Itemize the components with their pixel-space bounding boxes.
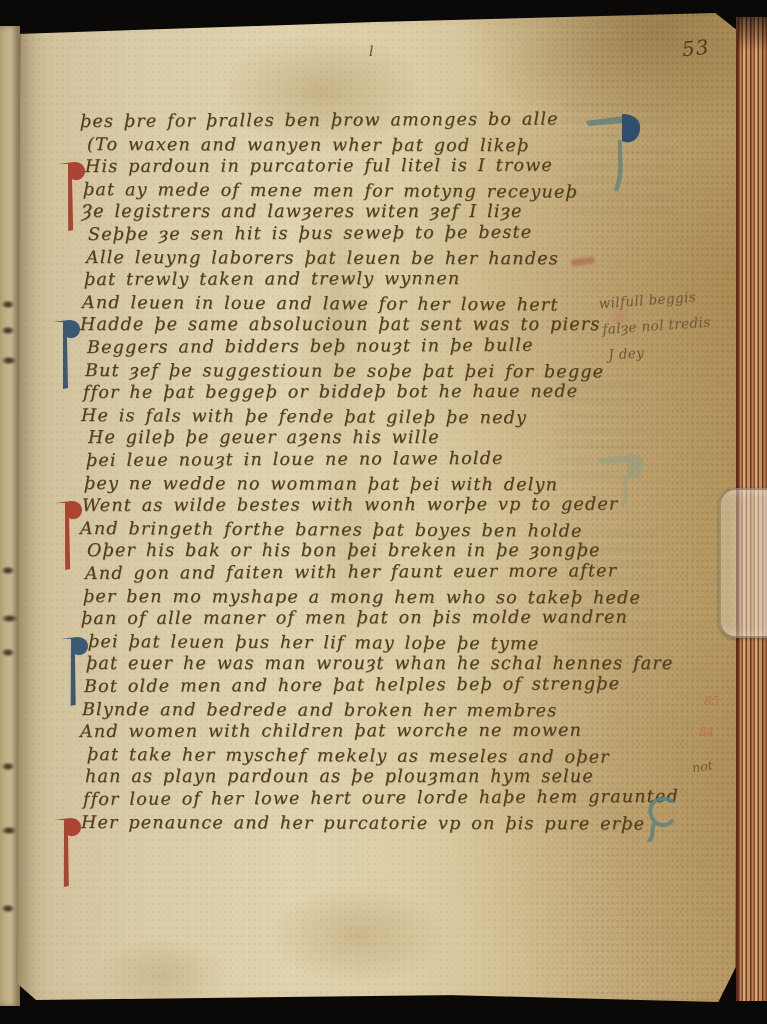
verse-line-text: þer ben mo myshape a mong hem who so tak… xyxy=(83,587,641,608)
verse-line: Beggers and bidders beþ nouȝt in þe bull… xyxy=(87,336,534,361)
verse-line-text: ffor loue of her lowe hert oure lorde ha… xyxy=(83,787,679,810)
verse-line-text: His pardoun in purcatorie ful litel is I… xyxy=(85,156,553,177)
verse-line: His pardoun in purcatorie ful litel is I… xyxy=(85,156,553,180)
verse-line: ffor he þat beggeþ or biddeþ bot he haue… xyxy=(83,382,578,406)
verse-line-text: And leuen in loue and lawe for her lowe … xyxy=(82,293,559,315)
verse-line-text: þei leue nouȝt in loue ne no lawe holde xyxy=(86,449,504,471)
verse-line-text: And bringeth forthe barnes þat boyes ben… xyxy=(80,519,583,542)
verse-line: þes þre for þralles ben þrow amonges bo … xyxy=(80,109,559,135)
verse-line-text: (To waxen and wanyen wher þat god likeþ xyxy=(87,135,529,156)
gutter-text-fragment xyxy=(1,614,18,623)
verse-line-text: Went as wilde bestes with wonh worþe vp … xyxy=(82,495,619,516)
verse-line-text: He gileþ þe geuer aȝens his wille xyxy=(88,428,440,448)
margin-word-not: not xyxy=(691,758,713,776)
verse-line: He gileþ þe geuer aȝens his wille xyxy=(88,428,440,451)
verse-line-text: And women with children þat worche ne mo… xyxy=(80,721,582,742)
verse-line: And women with children þat worche ne mo… xyxy=(80,721,582,745)
verse-line: Went as wilde bestes with wonh worþe vp … xyxy=(82,495,619,519)
gutter-text-fragment xyxy=(1,648,15,657)
verse-text-block: þes þre for þralles ben þrow amonges bo … xyxy=(80,112,680,872)
gutter-text-fragment xyxy=(1,566,15,575)
gutter-text-fragment xyxy=(1,826,17,835)
margin-line-number: 84 xyxy=(699,725,714,739)
verse-line: And gon and faiten with her faunt euer m… xyxy=(85,561,617,587)
verse-line: ffor loue of her lowe hert oure lorde ha… xyxy=(83,787,679,813)
verse-line-text: Seþþe ȝe sen hit is þus seweþ to þe best… xyxy=(88,223,532,245)
verse-line-text: þei þat leuen þus her lif may loþe þe ty… xyxy=(88,632,539,654)
margin-paraph-faded-icon xyxy=(596,450,646,508)
verse-line-text: þat trewly taken and trewly wynnen xyxy=(84,269,460,290)
margin-annotation-line: J dey xyxy=(608,345,645,363)
gutter-facing-page-edge xyxy=(0,26,20,1006)
verse-line-text: But ȝef þe suggestioun be soþe þat þei f… xyxy=(85,361,604,382)
parchment-page: l 53 þes þre for þralles ben þrow amonge… xyxy=(18,12,740,1005)
place-marker-tab xyxy=(719,488,767,638)
verse-line-text: þat euer he was man wrouȝt whan he schal… xyxy=(86,654,673,674)
gutter-text-fragment xyxy=(1,904,15,913)
verse-line-text: And gon and faiten with her faunt euer m… xyxy=(85,561,617,584)
verse-line-text: Blynde and bedrede and broken her membre… xyxy=(82,700,557,721)
gutter-text-fragment xyxy=(1,300,15,309)
verse-line-text: Oþer his bak or his bon þei breken in þe… xyxy=(87,541,601,561)
paraph-mark xyxy=(53,316,80,392)
margin-paraph-blue-icon xyxy=(584,110,642,196)
verse-line-text: þey ne wedde no womman þat þei with dely… xyxy=(84,474,558,495)
verse-line-text: Ȝe legistrers and lawȝeres witen ȝef I l… xyxy=(81,202,523,222)
verse-line-text: þes þre for þralles ben þrow amonges bo … xyxy=(80,109,559,132)
verse-line: þei þat leuen þus her lif may loþe þe ty… xyxy=(88,632,539,657)
verse-line-text: þat ay mede of mene men for motyng recey… xyxy=(83,180,578,203)
verse-line-text: þat take her myschef mekely as meseles a… xyxy=(87,745,610,768)
verse-line: þei leue nouȝt in loue ne no lawe holde xyxy=(86,449,504,474)
verse-line-text: ffor he þat beggeþ or biddeþ bot he haue… xyxy=(83,382,578,403)
verse-line: He is fals with þe fende þat gileþ þe ne… xyxy=(81,406,527,431)
manuscript-photo: l 53 þes þre for þralles ben þrow amonge… xyxy=(0,0,767,1024)
verse-line: Bot olde men and hore þat helples beþ of… xyxy=(84,674,620,700)
margin-line-number: 85 xyxy=(704,694,719,708)
verse-line-text: Bot olde men and hore þat helples beþ of… xyxy=(84,674,620,697)
gutter-text-fragment xyxy=(1,356,17,365)
verse-line-text: Hadde þe same absolucioun þat sent was t… xyxy=(80,315,601,335)
verse-line: Alle leuyng laborers þat leuen be her ha… xyxy=(86,248,559,272)
gutter-text-fragment xyxy=(1,326,15,335)
gutter-text-fragment xyxy=(1,762,15,771)
leaf-signature-mark: l xyxy=(369,44,373,60)
verse-line: þat trewly taken and trewly wynnen xyxy=(84,269,460,293)
verse-line-text: He is fals with þe fende þat gileþ þe ne… xyxy=(81,406,527,428)
paraph-mark xyxy=(55,497,82,573)
verse-line-text: Alle leuyng laborers þat leuen be her ha… xyxy=(86,248,559,269)
verse-line: þan of alle maner of men þat on þis mold… xyxy=(81,608,628,632)
verse-line-text: han as playn pardoun as þe plouȝman hym … xyxy=(85,767,594,787)
verse-line-text: Her penaunce and her purcatorie vp on þi… xyxy=(81,813,645,834)
folio-number: 53 xyxy=(681,35,711,62)
verse-line: Seþþe ȝe sen hit is þus seweþ to þe best… xyxy=(88,223,532,248)
verse-line: Her penaunce and her purcatorie vp on þi… xyxy=(81,813,645,837)
paraph-mark xyxy=(54,814,81,890)
verse-line-text: Beggers and bidders beþ nouȝt in þe bull… xyxy=(87,336,534,358)
verse-line: Ȝe legistrers and lawȝeres witen ȝef I l… xyxy=(81,202,523,225)
line-end-flourish-icon xyxy=(646,794,676,842)
verse-line-text: þan of alle maner of men þat on þis mold… xyxy=(81,608,628,629)
